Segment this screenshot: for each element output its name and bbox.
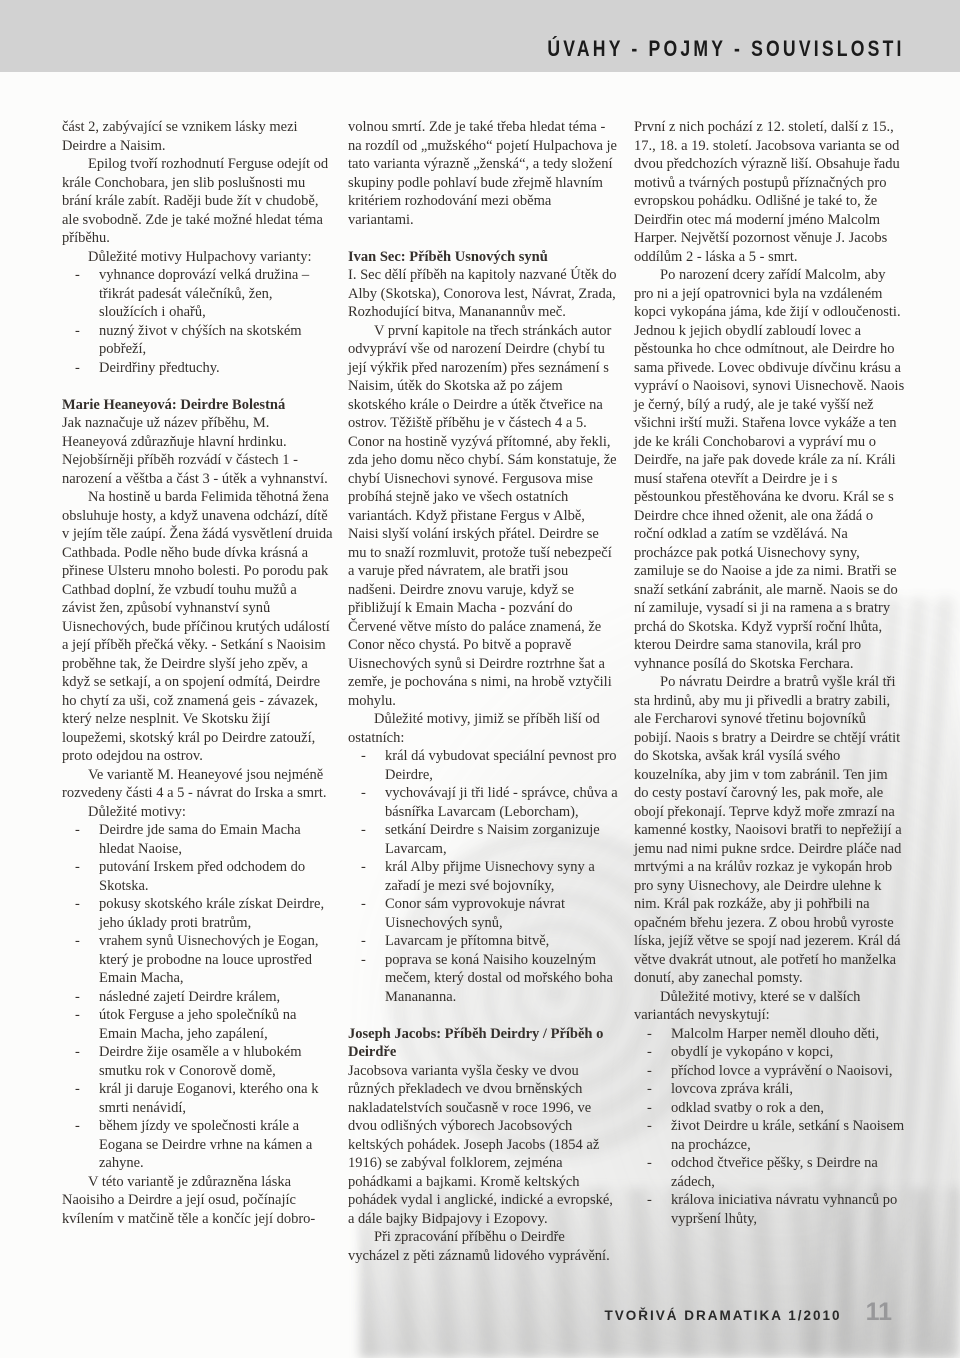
subsection-heading: Joseph Jacobs: Příběh Deirdry / Příběh o… xyxy=(348,1025,619,1062)
bullet-item: -život Deirdre u krále, setkání s Naoise… xyxy=(634,1117,905,1154)
paragraph: Ve variantě M. Heaneyové jsou nejméně ro… xyxy=(62,766,333,803)
paragraph: Důležité motivy Hulpachovy varianty: xyxy=(62,248,333,267)
dash-bullet-icon: - xyxy=(75,1117,80,1136)
bullet-item: -lovcova zpráva králi, xyxy=(634,1080,905,1099)
dash-bullet-icon: - xyxy=(647,1043,652,1062)
bullet-text: Deirdre žije osaměle a v hlubokém smutku… xyxy=(99,1044,302,1079)
dash-bullet-icon: - xyxy=(647,1025,652,1044)
subsection-heading: Ivan Sec: Příběh Usnových synů xyxy=(348,248,619,267)
bullet-text: králova iniciativa návratu vyhnanců po v… xyxy=(671,1192,897,1227)
bullet-item: -králova iniciativa návratu vyhnanců po … xyxy=(634,1191,905,1228)
dash-bullet-icon: - xyxy=(361,858,366,877)
bullet-item: -pokusy skotského krále získat Deirdre, … xyxy=(62,895,333,932)
bullet-text: vychovávají ji tři lidé - správce, chůva… xyxy=(385,785,618,820)
bullet-text: příchod lovce a vyprávění o Naoisovi, xyxy=(671,1063,892,1079)
paragraph: Po návratu Deirdre a bratrů vyšle král t… xyxy=(634,673,905,988)
bullet-text: král ji daruje Eoganovi, kterého ona k s… xyxy=(99,1081,318,1116)
bullet-text: Conor sám vyprovokuje návrat Uisnechovýc… xyxy=(385,896,565,931)
bullet-item: -král Alby přijme Uisnechovy syny a zařa… xyxy=(348,858,619,895)
dash-bullet-icon: - xyxy=(647,1154,652,1173)
bullet-text: král Alby přijme Uisnechovy syny a zařad… xyxy=(385,859,595,894)
paragraph: volnou smrtí. Zde je také třeba hledat t… xyxy=(348,118,619,229)
bullet-item: -obydlí je vykopáno v kopci, xyxy=(634,1043,905,1062)
bullet-text: nuzný život v chýších na skotském pobřež… xyxy=(99,323,302,358)
subsection-heading: Marie Heaneyová: Deirdre Bolestná xyxy=(62,396,333,415)
bullet-text: Lavarcam je přítomna bitvě, xyxy=(385,933,549,949)
bullet-text: Malcolm Harper neměl dlouho děti, xyxy=(671,1026,879,1042)
bullet-item: -poprava se koná Naisiho kouzelným mečem… xyxy=(348,951,619,1007)
bullet-item: -vychovávají ji tři lidé - správce, chův… xyxy=(348,784,619,821)
dash-bullet-icon: - xyxy=(75,1080,80,1099)
paragraph: Jak naznačuje už název příběhu, M. Heane… xyxy=(62,414,333,488)
bullet-text: vyhnance doprovází velká družina – třikr… xyxy=(99,267,309,320)
dash-bullet-icon: - xyxy=(75,359,80,378)
text-column-3: První z nich pochází z 12. století, dalš… xyxy=(634,118,905,1265)
bullet-item: -Deirdre jde sama do Emain Macha hledat … xyxy=(62,821,333,858)
bullet-item: -setkání Deirdre s Naisim zorganizuje La… xyxy=(348,821,619,858)
dash-bullet-icon: - xyxy=(75,322,80,341)
bullet-text: následné zajetí Deirdre králem, xyxy=(99,989,280,1005)
dash-bullet-icon: - xyxy=(75,988,80,1007)
dash-bullet-icon: - xyxy=(75,266,80,285)
header-band: ÚVAHY - POJMY - SOUVISLOSTI xyxy=(0,0,960,72)
text-column-1: část 2, zabývající se vznikem lásky mezi… xyxy=(62,118,333,1265)
text-column-2: volnou smrtí. Zde je také třeba hledat t… xyxy=(348,118,619,1265)
paragraph: Epilog tvoří rozhodnutí Ferguse odejít o… xyxy=(62,155,333,248)
bullet-text: během jízdy ve společnosti krále a Eogan… xyxy=(99,1118,312,1171)
bullet-item: -putování Irskem před odchodem do Skotsk… xyxy=(62,858,333,895)
bullet-item: -Lavarcam je přítomna bitvě, xyxy=(348,932,619,951)
dash-bullet-icon: - xyxy=(75,1043,80,1062)
bullet-text: obydlí je vykopáno v kopci, xyxy=(671,1044,833,1060)
bullet-item: -Deirdřiny předtuchy. xyxy=(62,359,333,378)
bullet-text: poprava se koná Naisiho kouzelným mečem,… xyxy=(385,952,613,1005)
dash-bullet-icon: - xyxy=(647,1117,652,1136)
three-column-text-area: část 2, zabývající se vznikem lásky mezi… xyxy=(62,118,905,1265)
bullet-item: -příchod lovce a vyprávění o Naoisovi, xyxy=(634,1062,905,1081)
dash-bullet-icon: - xyxy=(75,895,80,914)
journal-name: TVOŘIVÁ DRAMATIKA 1/2010 xyxy=(605,1308,842,1323)
dash-bullet-icon: - xyxy=(647,1099,652,1118)
dash-bullet-icon: - xyxy=(361,784,366,803)
bullet-text: život Deirdre u krále, setkání s Naoisem… xyxy=(671,1118,904,1153)
paragraph: V této variantě je zdůrazněna láska Naoi… xyxy=(62,1173,333,1229)
paragraph: Důležité motivy, které se v dalších vari… xyxy=(634,988,905,1025)
dash-bullet-icon: - xyxy=(75,932,80,951)
paragraph: Po narození dcery zařídí Malcolm, aby pr… xyxy=(634,266,905,673)
dash-bullet-icon: - xyxy=(647,1080,652,1099)
section-header-title: ÚVAHY - POJMY - SOUVISLOSTI xyxy=(548,36,905,62)
bullet-text: Deirdre jde sama do Emain Macha hledat N… xyxy=(99,822,301,857)
bullet-item: -odklad svatby o rok a den, xyxy=(634,1099,905,1118)
paragraph: V první kapitole na třech stránkách auto… xyxy=(348,322,619,711)
bullet-item: -Malcolm Harper neměl dlouho děti, xyxy=(634,1025,905,1044)
bullet-text: útok Ferguse a jeho společníků na Emain … xyxy=(99,1007,296,1042)
bullet-item: -král dá vybudovat speciální pevnost pro… xyxy=(348,747,619,784)
paragraph: První z nich pochází z 12. století, dalš… xyxy=(634,118,905,266)
bullet-item: -odchod čtveřice pěšky, s Deirdre na zád… xyxy=(634,1154,905,1191)
bullet-text: lovcova zpráva králi, xyxy=(671,1081,793,1097)
bullet-item: -následné zajetí Deirdre králem, xyxy=(62,988,333,1007)
bullet-text: setkání Deirdre s Naisim zorganizuje Lav… xyxy=(385,822,600,857)
bullet-text: putování Irskem před odchodem do Skotska… xyxy=(99,859,305,894)
paragraph: Při zpracování příběhu o Deirdře vycháze… xyxy=(348,1228,619,1265)
bullet-text: odchod čtveřice pěšky, s Deirdre na záde… xyxy=(671,1155,878,1190)
dash-bullet-icon: - xyxy=(361,821,366,840)
bullet-item: -během jízdy ve společnosti krále a Eoga… xyxy=(62,1117,333,1173)
paragraph: Důležité motivy, jimiž se příběh liší od… xyxy=(348,710,619,747)
dash-bullet-icon: - xyxy=(361,895,366,914)
bullet-item: -král ji daruje Eoganovi, kterého ona k … xyxy=(62,1080,333,1117)
bullet-text: odklad svatby o rok a den, xyxy=(671,1100,824,1116)
bullet-item: -vyhnance doprovází velká družina – třik… xyxy=(62,266,333,322)
dash-bullet-icon: - xyxy=(647,1191,652,1210)
dash-bullet-icon: - xyxy=(361,951,366,970)
bullet-text: pokusy skotského krále získat Deirdre, j… xyxy=(99,896,324,931)
paragraph: Jacobsova varianta vyšla česky ve dvou r… xyxy=(348,1062,619,1229)
dash-bullet-icon: - xyxy=(361,747,366,766)
dash-bullet-icon: - xyxy=(361,932,366,951)
bullet-item: -nuzný život v chýších na skotském pobře… xyxy=(62,322,333,359)
page-number: 11 xyxy=(866,1298,892,1327)
magazine-page: ÚVAHY - POJMY - SOUVISLOSTI část 2, zabý… xyxy=(0,0,960,1358)
dash-bullet-icon: - xyxy=(647,1062,652,1081)
dash-bullet-icon: - xyxy=(75,821,80,840)
page-footer: TVOŘIVÁ DRAMATIKA 1/2010 11 xyxy=(605,1298,892,1327)
paragraph: Důležité motivy: xyxy=(62,803,333,822)
bullet-text: král dá vybudovat speciální pevnost pro … xyxy=(385,748,617,783)
bullet-text: Deirdřiny předtuchy. xyxy=(99,360,220,376)
dash-bullet-icon: - xyxy=(75,1006,80,1025)
bullet-text: vrahem synů Uisnechových je Eogan, který… xyxy=(99,933,318,986)
bullet-item: -Deirdre žije osaměle a v hlubokém smutk… xyxy=(62,1043,333,1080)
bullet-item: -Conor sám vyprovokuje návrat Uisnechový… xyxy=(348,895,619,932)
paragraph: část 2, zabývající se vznikem lásky mezi… xyxy=(62,118,333,155)
paragraph: I. Sec dělí příběh na kapitoly nazvané Ú… xyxy=(348,266,619,322)
paragraph: Na hostině u barda Felimida těhotná žena… xyxy=(62,488,333,766)
bullet-item: -útok Ferguse a jeho společníků na Emain… xyxy=(62,1006,333,1043)
bullet-item: -vrahem synů Uisnechových je Eogan, kter… xyxy=(62,932,333,988)
dash-bullet-icon: - xyxy=(75,858,80,877)
